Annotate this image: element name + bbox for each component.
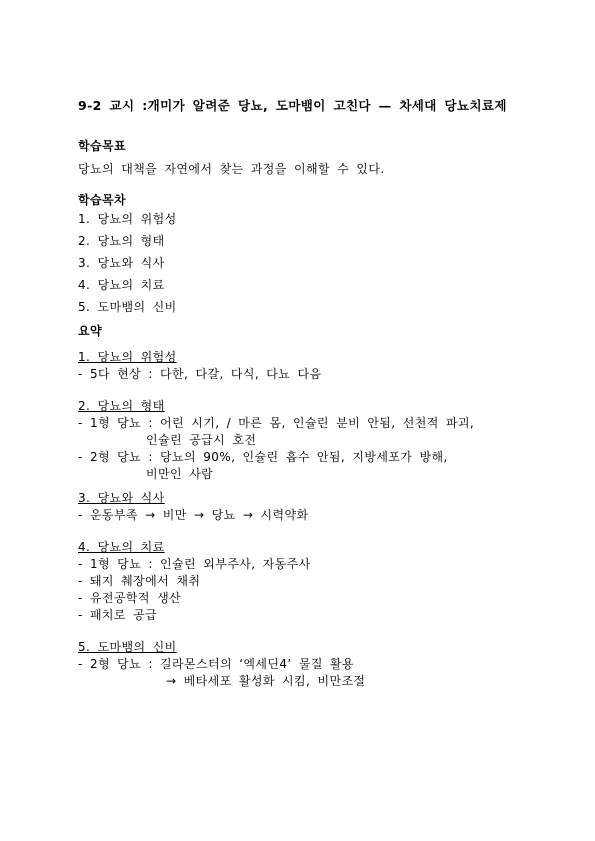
summary-line: - 유전공학적 생산 <box>78 590 540 607</box>
summary-heading: 요약 <box>78 322 540 339</box>
toc-heading: 학습목차 <box>78 191 540 208</box>
summary-subsection: 1. 당뇨의 위험성 - 5다 현상 : 다한, 다갈, 다식, 다뇨 다음 <box>78 349 540 383</box>
summary-line: 인슐린 공급시 호전 <box>78 432 540 449</box>
summary-line: - 1형 당뇨 : 인슐린 외부주사, 자동주사 <box>78 556 540 573</box>
summary-subsection: 5. 도마뱀의 신비 - 2형 당뇨 : 길라몬스터의 ‘엑세딘4’ 물질 활용… <box>78 639 540 690</box>
summary-line: - 2형 당뇨 : 당뇨의 90%, 인슐린 흡수 안됨, 지방세포가 방해, <box>78 449 540 466</box>
summary-line: - 2형 당뇨 : 길라몬스터의 ‘엑세딘4’ 물질 활용 <box>78 656 540 673</box>
document-page: 9-2 교시 :개미가 알려준 당뇨, 도마뱀이 고친다 — 차세대 당뇨치료제… <box>0 0 595 841</box>
toc-item: 1. 당뇨의 위험성 <box>78 208 540 230</box>
summary-line: → 베타세포 활성화 시킴, 비만조절 <box>78 673 540 690</box>
toc-item: 2. 당뇨의 형태 <box>78 230 540 252</box>
toc-item: 4. 당뇨의 치료 <box>78 274 540 296</box>
toc-list: 1. 당뇨의 위험성 2. 당뇨의 형태 3. 당뇨와 식사 4. 당뇨의 치료… <box>78 208 540 318</box>
summary-subsection: 4. 당뇨의 치료 - 1형 당뇨 : 인슐린 외부주사, 자동주사 - 돼지 … <box>78 539 540 624</box>
summary-subsection: 2. 당뇨의 형태 - 1형 당뇨 : 어린 시기, / 마른 몸, 인슐린 분… <box>78 398 540 483</box>
objective-heading: 학습목표 <box>78 137 540 154</box>
summary-line: - 패치로 공급 <box>78 607 540 624</box>
subsection-title: 5. 도마뱀의 신비 <box>78 639 540 656</box>
document-content: 9-2 교시 :개미가 알려준 당뇨, 도마뱀이 고친다 — 차세대 당뇨치료제… <box>78 96 540 690</box>
summary-subsection: 3. 당뇨와 식사 - 운동부족 → 비만 → 당뇨 → 시력약화 <box>78 490 540 524</box>
subsection-title: 3. 당뇨와 식사 <box>78 490 540 507</box>
subsection-title: 2. 당뇨의 형태 <box>78 398 540 415</box>
document-title: 9-2 교시 :개미가 알려준 당뇨, 도마뱀이 고친다 — 차세대 당뇨치료제 <box>78 96 540 114</box>
subsection-title: 1. 당뇨의 위험성 <box>78 349 540 366</box>
summary-line: - 돼지 췌장에서 채취 <box>78 573 540 590</box>
summary-line: 비만인 사람 <box>78 466 540 483</box>
subsection-title: 4. 당뇨의 치료 <box>78 539 540 556</box>
toc-item: 5. 도마뱀의 신비 <box>78 296 540 318</box>
objective-text: 당뇨의 대책을 자연에서 찾는 과정을 이해할 수 있다. <box>78 160 540 177</box>
toc-item: 3. 당뇨와 식사 <box>78 252 540 274</box>
summary-line: - 5다 현상 : 다한, 다갈, 다식, 다뇨 다음 <box>78 366 540 383</box>
summary-line: - 운동부족 → 비만 → 당뇨 → 시력약화 <box>78 507 540 524</box>
summary-line: - 1형 당뇨 : 어린 시기, / 마른 몸, 인슐린 분비 안됨, 선천적 … <box>78 415 540 432</box>
